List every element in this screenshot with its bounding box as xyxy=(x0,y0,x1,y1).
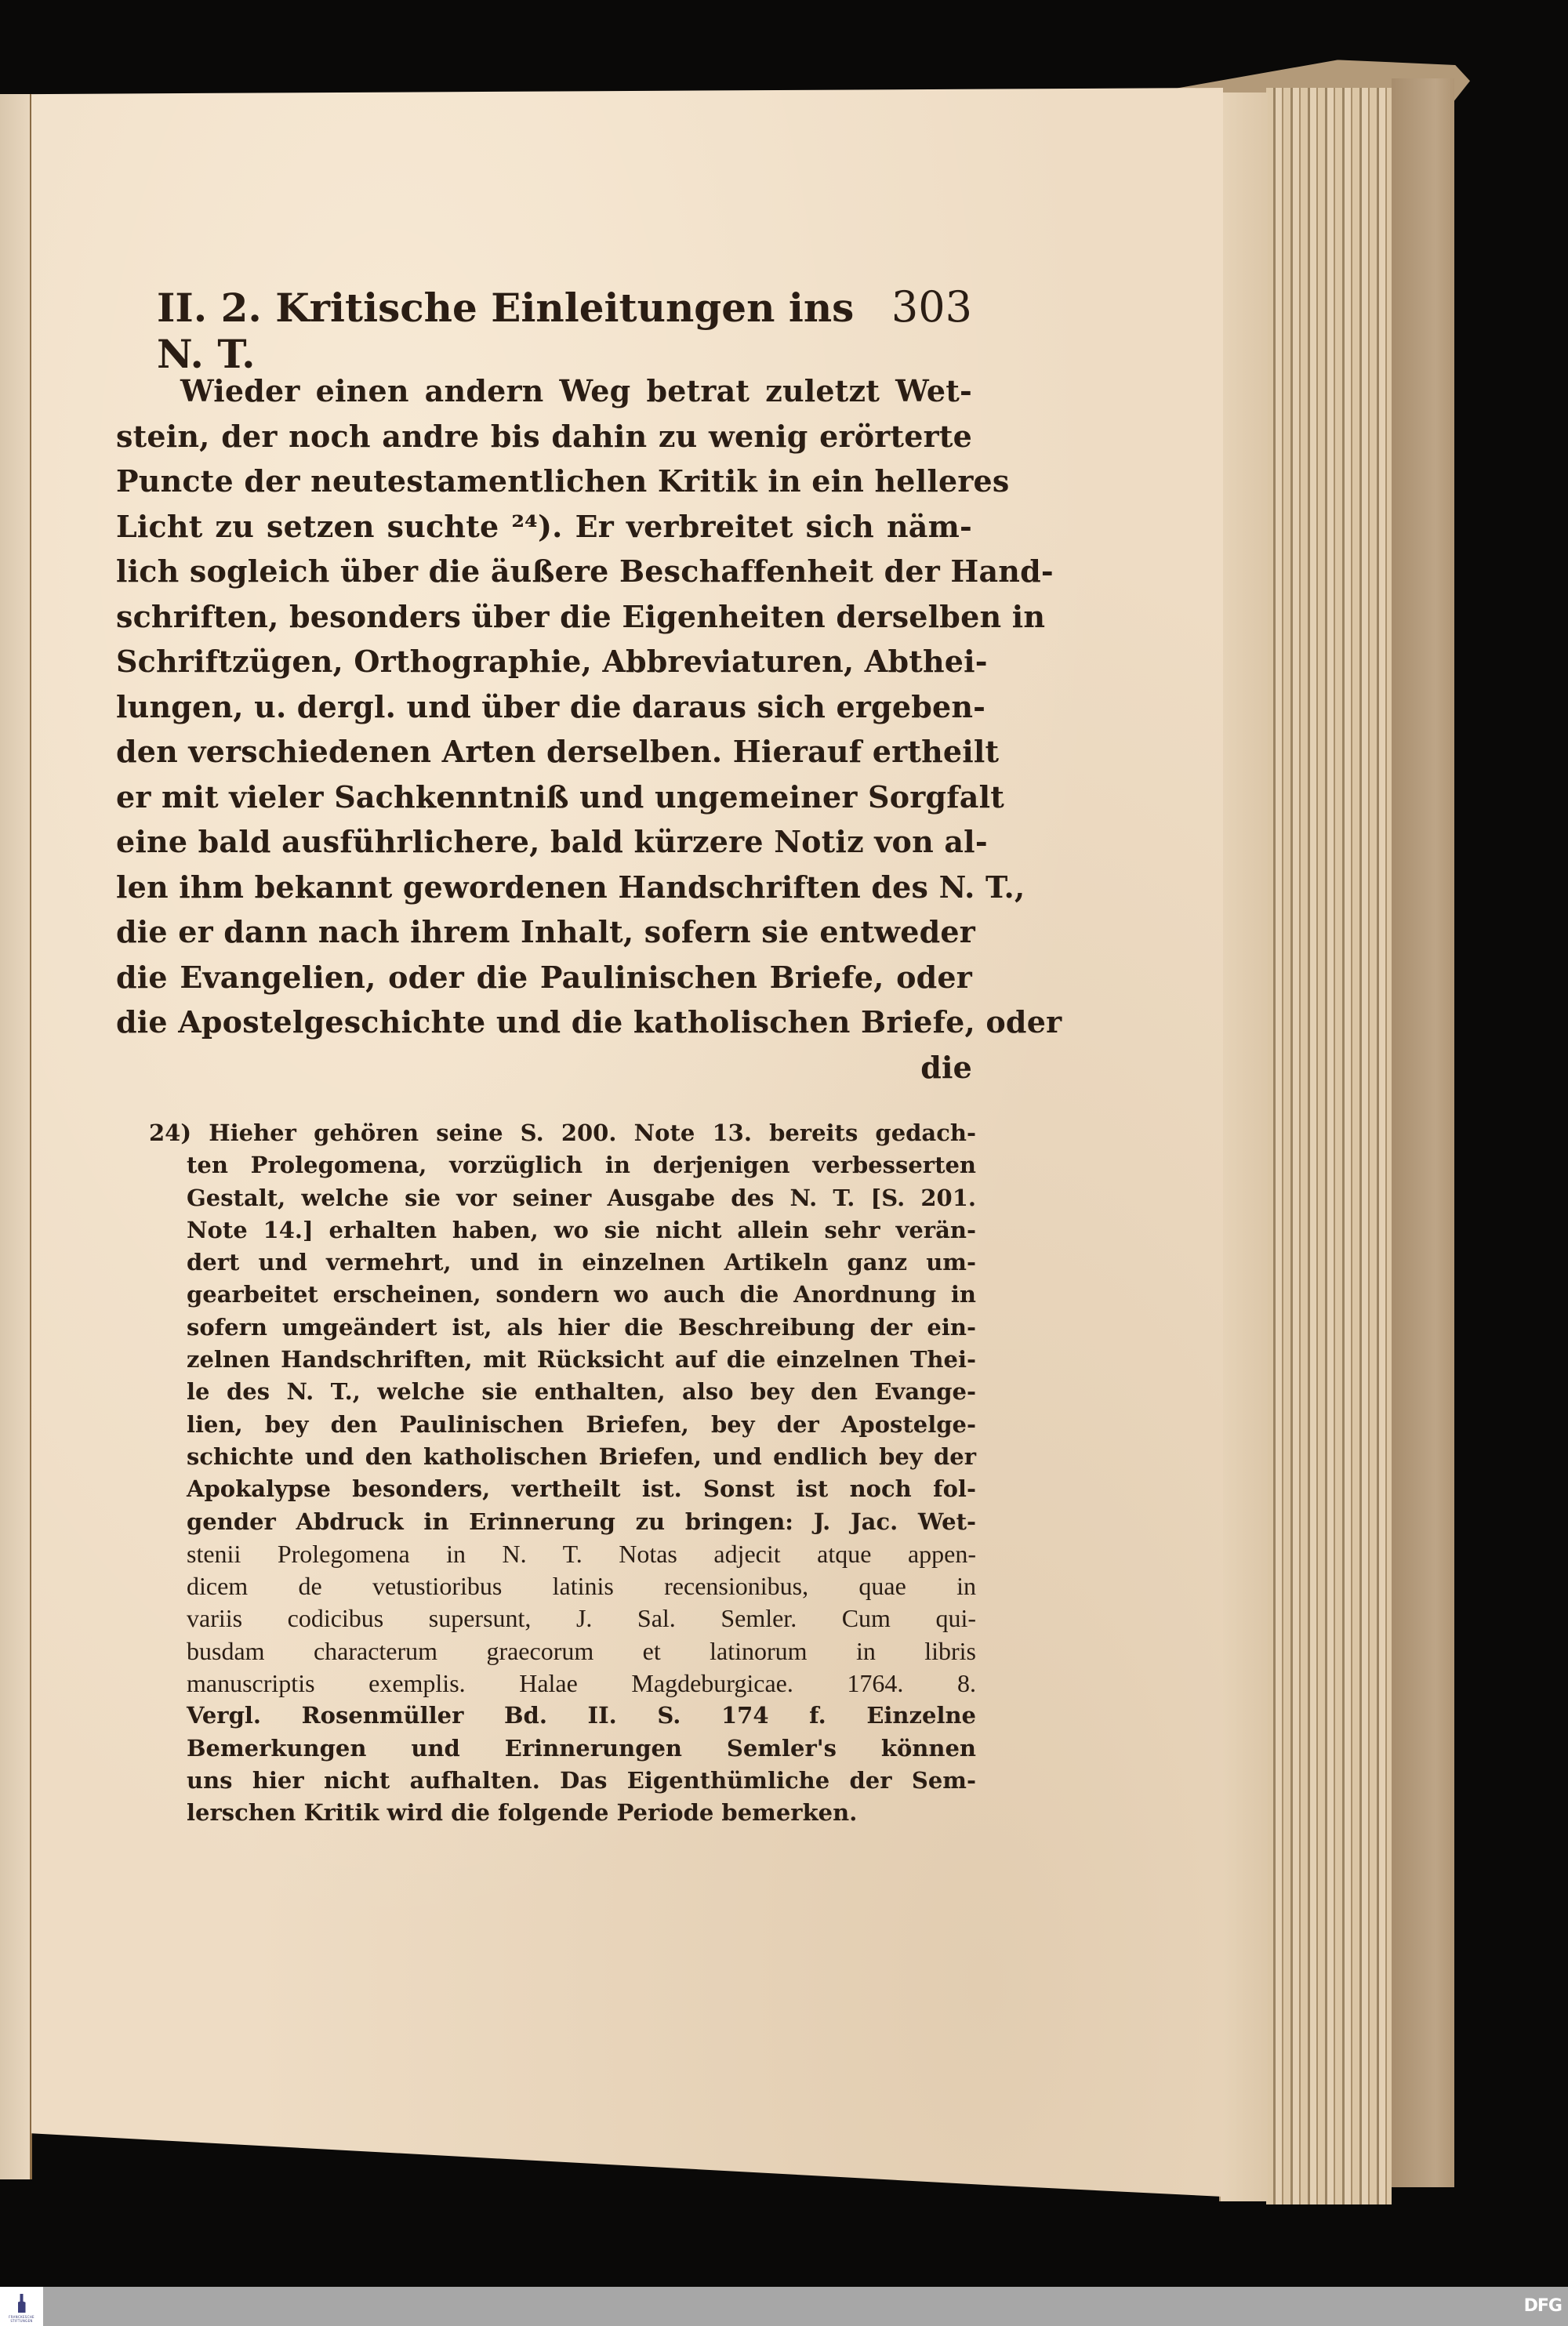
footnote-line-latin: manuscriptis exemplis. Halae Magdeburgic… xyxy=(149,1667,976,1700)
text-line: die Apostelgeschichte und die katholisch… xyxy=(116,1000,972,1045)
text-line: Puncte der neutestamentlichen Kritik in … xyxy=(116,459,972,504)
francke-foundations-logo[interactable]: FRANCKESCHE STIFTUNGEN xyxy=(0,2287,43,2326)
text-line: eine bald ausführlichere, bald kürzere N… xyxy=(116,819,972,865)
footnote-line: le des N. T., welche sie enthalten, also… xyxy=(149,1376,976,1408)
page-stack-edges xyxy=(1266,88,1392,2204)
text-line: Schriftzügen, Orthographie, Abbreviature… xyxy=(116,639,972,684)
text-line: len ihm bekannt gewordenen Handschriften… xyxy=(116,865,972,910)
footnote-line: gearbeitet erscheinen, sondern wo auch d… xyxy=(149,1279,976,1311)
catchword: die xyxy=(116,1045,972,1090)
text-line: er mit vieler Sachkenntniß und ungemeine… xyxy=(116,775,972,820)
text-line: die Evangelien, oder die Paulinischen Br… xyxy=(116,955,972,1000)
footnote-line: Vergl. Rosenmüller Bd. II. S. 174 f. Ein… xyxy=(149,1700,976,1732)
footnote-line-latin: variis codicibus supersunt, J. Sal. Seml… xyxy=(149,1602,976,1635)
footnote-line-latin: dicem de vetustioribus latinis recension… xyxy=(149,1570,976,1602)
footnote-line: Bemerkungen und Erinnerungen Semler's kö… xyxy=(149,1733,976,1765)
footnote-line: sofern umgeändert ist, als hier die Besc… xyxy=(149,1312,976,1344)
footnote-line: uns hier nicht aufhalten. Das Eigenthüml… xyxy=(149,1765,976,1797)
footnote-line: gender Abdruck in Erinnerung zu bringen:… xyxy=(149,1506,976,1538)
page-number: 303 xyxy=(891,282,972,332)
text-line: schriften, besonders über die Eigenheite… xyxy=(116,594,972,640)
footnote-line: lien, bey den Paulinischen Briefen, bey … xyxy=(149,1409,976,1441)
dfg-logo[interactable]: DFG xyxy=(1524,2296,1562,2316)
text-line: lich sogleich über die äußere Beschaffen… xyxy=(116,549,972,594)
footnote-line: Gestalt, welche sie vor seiner Ausgabe d… xyxy=(149,1182,976,1214)
footnote-line-latin: stenii Prolegomena in N. T. Notas adjeci… xyxy=(149,1538,976,1570)
footnote-line: zelnen Handschriften, mit Rücksicht auf … xyxy=(149,1344,976,1376)
footnote-line: lerschen Kritik wird die folgende Period… xyxy=(149,1797,976,1829)
previous-page-edge xyxy=(0,94,32,2179)
footnote-line: ten Prolegomena, vorzüglich in derjenige… xyxy=(149,1149,976,1181)
logo-text: FRANCKESCHE STIFTUNGEN xyxy=(0,2315,43,2323)
text-line: den verschiedenen Arten derselben. Hiera… xyxy=(116,729,972,775)
running-header: II. 2. Kritische Einleitungen ins N. T. … xyxy=(157,282,972,345)
viewer-footer-bar: FRANCKESCHE STIFTUNGEN DFG xyxy=(0,2287,1568,2326)
text-line: die er dann nach ihrem Inhalt, sofern si… xyxy=(116,909,972,955)
footnote-line-latin: busdam characterum graecorum et latinoru… xyxy=(149,1635,976,1667)
footnote-line: Apokalypse besonders, vertheilt ist. Son… xyxy=(149,1473,976,1505)
text-line: Licht zu setzen suchte ²⁴). Er verbreite… xyxy=(116,504,972,550)
text-line: lungen, u. dergl. und über die daraus si… xyxy=(116,684,972,730)
footnote-24: 24) Hieher gehören seine S. 200. Note 13… xyxy=(149,1117,976,1830)
footnote-line: schichte und den katholischen Briefen, u… xyxy=(149,1441,976,1473)
statue-icon xyxy=(18,2294,26,2313)
book-cover-edge xyxy=(1392,78,1454,2187)
footnote-line: Note 14.] erhalten haben, wo sie nicht a… xyxy=(149,1214,976,1246)
main-text: Wieder einen andern Weg betrat zuletzt W… xyxy=(116,368,972,1090)
footnote-line: dert und vermehrt, und in einzelnen Arti… xyxy=(149,1246,976,1279)
page-fold-edge xyxy=(1219,93,1268,2201)
text-line: stein, der noch andre bis dahin zu wenig… xyxy=(116,414,972,459)
footnote-line: 24) Hieher gehören seine S. 200. Note 13… xyxy=(149,1117,976,1149)
text-line: Wieder einen andern Weg betrat zuletzt W… xyxy=(116,368,972,414)
running-title: II. 2. Kritische Einleitungen ins N. T. xyxy=(157,285,891,377)
